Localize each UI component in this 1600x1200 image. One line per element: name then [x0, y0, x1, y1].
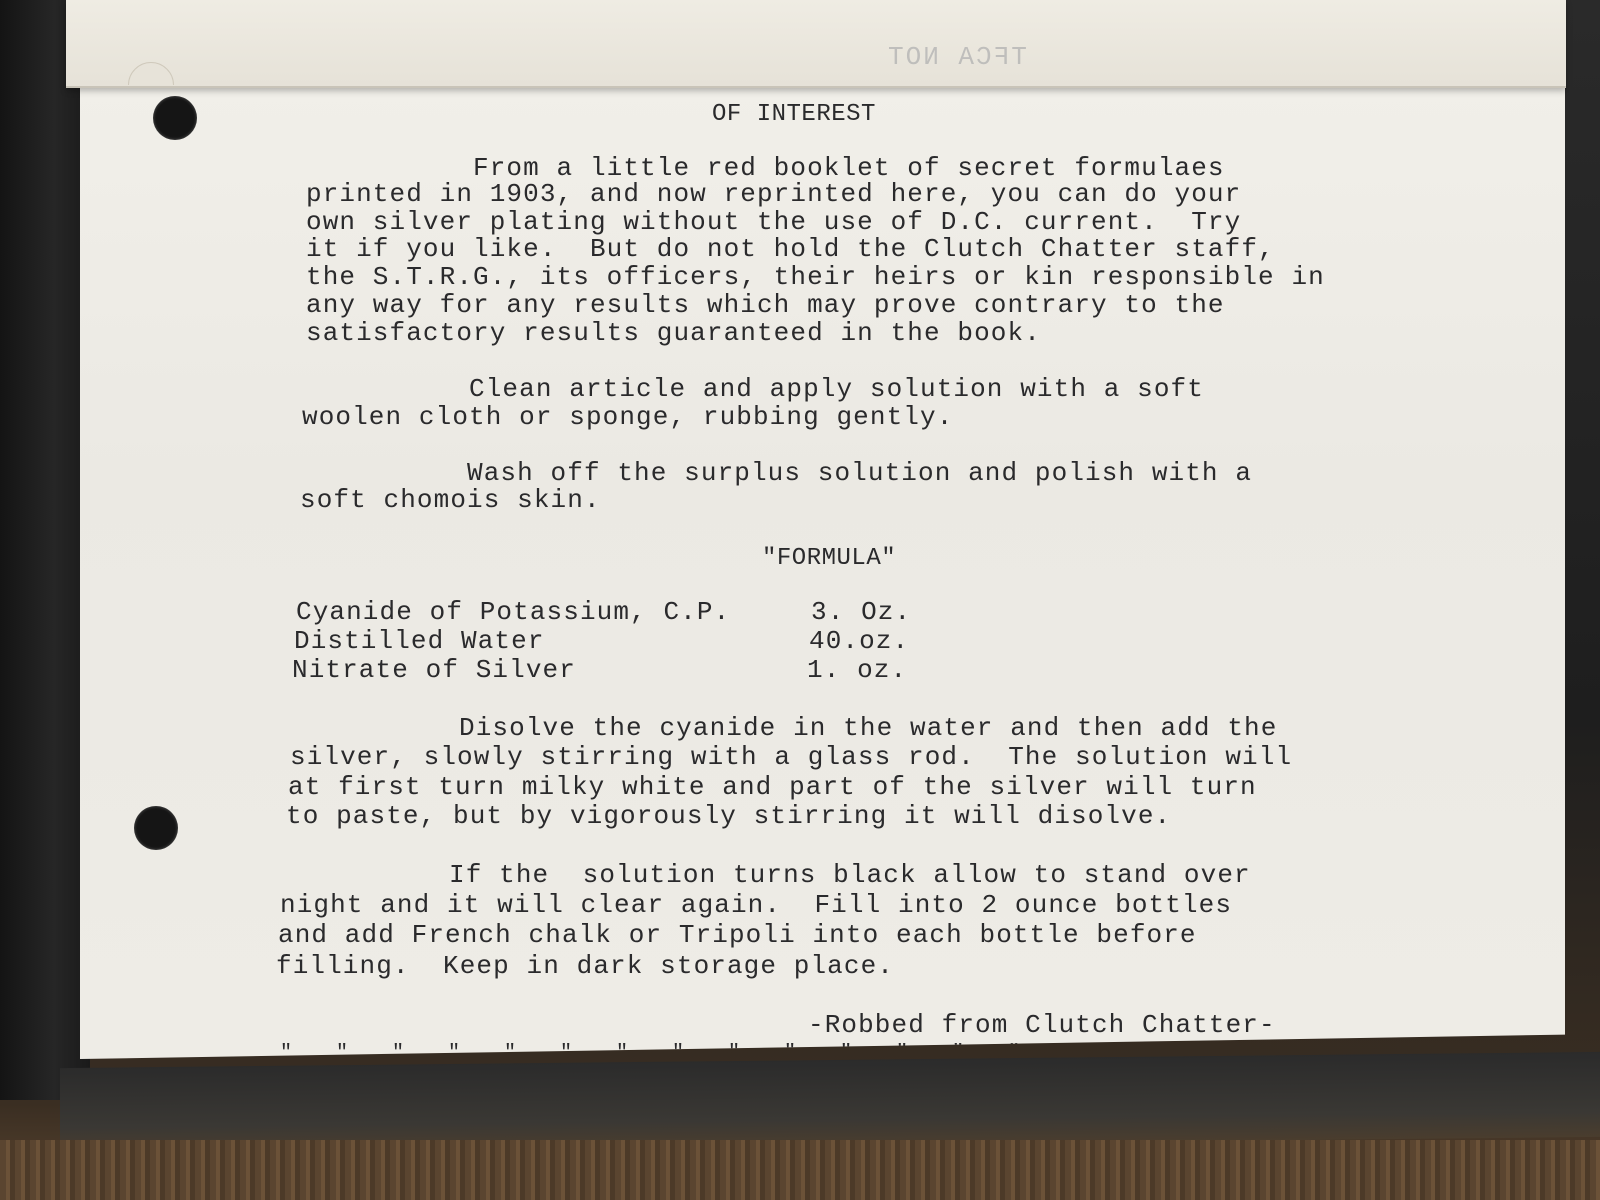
text-line: the S.T.R.G., its officers, their heirs … [306, 263, 1325, 292]
text-line: any way for any results which may prove … [306, 291, 1225, 320]
binder-cover-left [0, 0, 90, 1100]
ingredient-amount: 1. oz. [807, 656, 907, 685]
text-line: night and it will clear again. Fill into… [280, 891, 1232, 920]
text-line: own silver plating without the use of D.… [306, 208, 1241, 237]
ingredient-amount: 40.oz. [809, 627, 909, 656]
ingredient-name: Cyanide of Potassium, C.P. [296, 598, 811, 627]
formula-row: Distilled Water 40.oz. [294, 627, 909, 656]
text-line: it if you like. But do not hold the Clut… [306, 235, 1275, 264]
punch-hole-bottom [134, 806, 178, 850]
text-line: Clean article and apply solution with a … [302, 375, 1204, 404]
ingredient-amount: 3. Oz. [811, 598, 911, 627]
text-line: at first turn milky white and part of th… [288, 773, 1257, 802]
text-line: and add French chalk or Tripoli into eac… [278, 921, 1197, 950]
ingredient-name: Distilled Water [294, 627, 809, 656]
text-line: satisfactory results guaranteed in the b… [306, 319, 1041, 348]
formula-row: Nitrate of Silver 1. oz. [292, 656, 907, 685]
attribution: -Robbed from Clutch Chatter- [808, 1011, 1276, 1040]
text-line: printed in 1903, and now reprinted here,… [306, 180, 1241, 209]
text-line: to paste, but by vigorously stirring it … [286, 802, 1171, 831]
bleed-through-text: TFCA NOT [886, 42, 1027, 72]
text-line: Wash off the surplus solution and polish… [300, 459, 1252, 488]
text-line: filling. Keep in dark storage place. [276, 952, 894, 981]
text-line: soft chomois skin. [300, 486, 601, 515]
text-line: silver, slowly stirring with a glass rod… [290, 743, 1292, 772]
binder-cover-bottom [60, 1052, 1600, 1153]
formula-row: Cyanide of Potassium, C.P. 3. Oz. [296, 598, 911, 627]
document-page: OF INTEREST From a little red booklet of… [80, 84, 1565, 1059]
ingredient-name: Nitrate of Silver [292, 656, 807, 685]
punch-hole-top [153, 96, 197, 140]
text-line: woolen cloth or sponge, rubbing gently. [302, 403, 953, 432]
text-line: If the solution turns black allow to sta… [282, 861, 1251, 890]
page-title: OF INTEREST [712, 100, 876, 129]
ground-surface [0, 1140, 1600, 1200]
previous-page-folded: TFCA NOT [66, 0, 1566, 88]
formula-heading: "FORMULA" [762, 544, 896, 573]
text-line: Disolve the cyanide in the water and the… [292, 714, 1277, 743]
